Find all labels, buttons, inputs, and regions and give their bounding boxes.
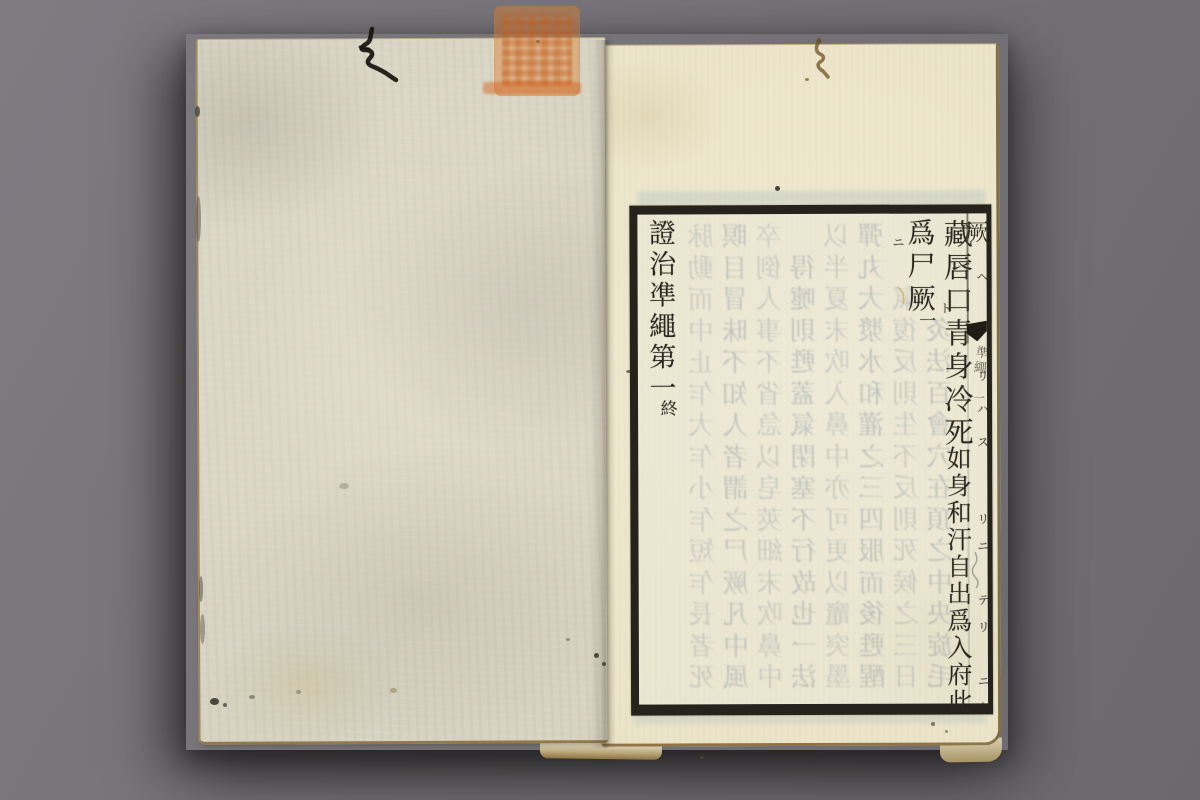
bleedthrough-glyph: 蓋 [787, 379, 819, 411]
bleedthrough-glyph: 之 [855, 442, 887, 474]
bleedthrough-glyph: 者 [719, 443, 751, 475]
bleedthrough-glyph: 昧 [719, 317, 751, 349]
banxin-strip: 厥 準繩 一 [966, 213, 988, 703]
bleedthrough-glyph: 甦 [787, 348, 819, 380]
bleedthrough-column-6: 彈丸大漿水和灌之三四服而後甦醒 [854, 222, 888, 695]
bleedthrough-glyph: 服 [855, 537, 887, 569]
bleedthrough-glyph: 而 [856, 568, 888, 600]
bleedthrough-glyph: 末 [821, 316, 853, 348]
bleedthrough-column-1: 脉動而中止乍大乍小乍短乍長者死 [684, 222, 718, 695]
bleedthrough-glyph: 人 [753, 285, 785, 317]
bleedthrough-glyph: 目 [719, 254, 751, 286]
bleedthrough-glyph: 法 [788, 663, 820, 695]
bleedthrough-glyph: 小 [685, 474, 717, 506]
bleedthrough-glyph: 漿 [855, 316, 887, 348]
bleedthrough-glyph: 不 [753, 348, 785, 380]
bleedthrough-glyph: 塞 [787, 474, 819, 506]
bleedthrough-glyph: 急 [753, 411, 785, 443]
text-frame: 厥 準繩 一 脉動而中止乍大乍小乍短乍長者死瞑目冒昧不知人者謂之尸厥凡中風卒倒人… [629, 204, 993, 715]
bleedthrough-glyph: 短 [685, 537, 717, 569]
bleedthrough-glyph: 中 [685, 317, 717, 349]
bleedthrough-glyph: 末 [754, 569, 786, 601]
kunten-mark: ニ [892, 237, 904, 249]
speck [805, 78, 809, 81]
bleedthrough-glyph: 行 [787, 537, 819, 569]
speck [931, 722, 935, 726]
speck [223, 703, 227, 707]
bleedthrough-band-top [637, 190, 985, 204]
bleedthrough-glyph: 得 [787, 253, 819, 285]
photo-background: 厥 準繩 一 脉動而中止乍大乍小乍短乍長者死瞑目冒昧不知人者謂之尸厥凡中風卒倒人… [0, 0, 1200, 800]
speck [195, 106, 200, 117]
bleedthrough-glyph: 中 [821, 442, 853, 474]
speck [602, 662, 606, 666]
speck [945, 730, 948, 733]
bleedthrough-glyph: 以 [753, 443, 785, 475]
bleedthrough-glyph: 死 [686, 663, 718, 695]
bleedthrough-glyph: 厥 [720, 569, 752, 601]
banxin-title: 準繩 [968, 344, 988, 376]
bleedthrough-glyph: 反 [889, 348, 921, 380]
printed-glyph: 尸 [904, 250, 938, 283]
bleedthrough-glyph: 也 [788, 600, 820, 632]
printed-glyph: 爲ニ [904, 217, 938, 250]
bleedthrough-glyph: 嚏 [787, 285, 819, 317]
bleedthrough-glyph: 不 [719, 348, 751, 380]
bleedthrough-glyph: 鼻 [821, 411, 853, 443]
speck [339, 483, 349, 489]
speck [594, 653, 599, 658]
bleedthrough-glyph: 竈 [822, 600, 854, 632]
bleedthrough-glyph: 乍 [685, 443, 717, 475]
bleedthrough-glyph: 三 [890, 631, 922, 663]
bleedthrough-glyph: 不 [787, 505, 819, 537]
bleedthrough-glyph: 細 [753, 537, 785, 569]
bleedthrough-glyph: 和 [855, 379, 887, 411]
bleedthrough-glyph: 之 [719, 506, 751, 538]
seal-stamp-band [483, 82, 581, 94]
left-page [195, 37, 608, 745]
bleedthrough-glyph: 反 [889, 474, 921, 506]
printed-glyph: 治 [645, 249, 679, 280]
bleedthrough-glyph: 不 [889, 442, 921, 474]
bleedthrough-glyph: 而 [685, 285, 717, 317]
bleedthrough-glyph: 乍 [685, 506, 717, 538]
kunten-mark: 九 [978, 702, 990, 714]
bleedthrough-glyph: 後 [856, 600, 888, 632]
bleedthrough-glyph: 動 [685, 254, 717, 286]
bleedthrough-glyph: 氣 [787, 411, 819, 443]
bleedthrough-glyph: 止 [685, 348, 717, 380]
bleedthrough-glyph: 吹 [754, 600, 786, 632]
bleedthrough-glyph: 故 [788, 568, 820, 600]
bleedthrough-glyph: 亦 [821, 474, 853, 506]
right-page: 厥 準繩 一 脉動而中止乍大乍小乍短乍長者死瞑目冒昧不知人者謂之尸厥凡中風卒倒人… [599, 43, 1001, 746]
bleedthrough-glyph: 日 [890, 663, 922, 695]
speck [196, 196, 201, 242]
bleedthrough-glyph: 灌 [855, 411, 887, 443]
banxin-catchword: 厥 [966, 214, 988, 247]
bleedthrough-glyph: 莢 [753, 506, 785, 538]
speck [536, 40, 540, 43]
bleedthrough-column-5: 以半夏末吹入鼻中亦可更以竈突墨 [820, 222, 854, 695]
bleedthrough-glyph: 入 [821, 379, 853, 411]
bleedthrough-glyph: 可 [821, 505, 853, 537]
text-column-col-2: 爲ニ尸厥ト一 [904, 217, 938, 341]
bleedthrough-glyph: 之 [890, 600, 922, 632]
printed-glyph: 終 [652, 398, 686, 421]
bleedthrough-glyph: 一 [788, 631, 820, 663]
bleedthrough-column-3: 卒倒人事不省急以皂莢細末吹鼻中 [752, 222, 786, 695]
bleedthrough-glyph: 事 [753, 317, 785, 349]
bleedthrough-glyph: 夏 [821, 285, 853, 317]
printed-glyph: 凖 [646, 280, 680, 311]
fishtail-icon [966, 320, 988, 341]
seal-stamp-pattern [502, 14, 572, 86]
bleedthrough-glyph: 謂 [719, 474, 751, 506]
bleedthrough-glyph: 長 [686, 600, 718, 632]
bleedthrough-glyph: 大 [685, 411, 717, 443]
bleedthrough-column-2: 瞑目冒昧不知人者謂之尸厥凡中風 [718, 222, 752, 695]
printed-glyph: 繩 [646, 311, 680, 342]
speck [296, 690, 301, 694]
speck [200, 614, 205, 644]
bleedthrough-glyph: 醒 [856, 663, 888, 695]
bleedthrough-glyph: 脉 [684, 222, 716, 254]
bleedthrough-glyph: 者 [686, 632, 718, 664]
bleedthrough-glyph: 瞑 [718, 222, 750, 254]
bleedthrough-glyph: 人 [719, 411, 751, 443]
bleedthrough-glyph: 死 [889, 537, 921, 569]
printed-glyph: 一 [911, 309, 945, 334]
bleedthrough-glyph: 則 [787, 316, 819, 348]
speck [199, 576, 203, 602]
bleedthrough-glyph: 生 [889, 411, 921, 443]
bleedthrough-glyph: 則 [889, 505, 921, 537]
bleedthrough-glyph: 皂 [753, 474, 785, 506]
bleedthrough-glyph: 甦 [856, 631, 888, 663]
bleedthrough-glyph: 更 [821, 537, 853, 569]
bleedthrough-glyph: 知 [719, 380, 751, 412]
bleedthrough-glyph: 閉 [787, 442, 819, 474]
bleedthrough-glyph: 大 [855, 285, 887, 317]
bleedthrough-glyph: 候 [890, 568, 922, 600]
bleedthrough-glyph: 省 [753, 380, 785, 412]
printed-glyph: 第 [646, 342, 680, 373]
bleedthrough-glyph: 乍 [686, 569, 718, 601]
bleedthrough-glyph: 突 [822, 631, 854, 663]
bleedthrough-column-4: 得嚏則甦蓋氣閉塞不行故也一法 [786, 222, 820, 695]
bleedthrough-glyph: 水 [855, 348, 887, 380]
speck [775, 186, 780, 191]
speck [626, 370, 632, 373]
bleedthrough-glyph: 風 [720, 663, 752, 695]
bleedthrough-glyph [786, 222, 818, 254]
bleedthrough-glyph: 四 [855, 505, 887, 537]
banxin-divider-line [966, 213, 970, 703]
speck [390, 688, 397, 693]
bleedthrough-glyph: 冒 [719, 285, 751, 317]
bleedthrough-glyph: 吹 [821, 348, 853, 380]
bleedthrough-glyph: 尸 [719, 537, 751, 569]
bleedthrough-glyph: 凡 [720, 600, 752, 632]
bleedthrough-glyph: 中 [720, 632, 752, 664]
speck [210, 698, 219, 705]
bleedthrough-glyph: 以 [822, 568, 854, 600]
bleedthrough-glyph: 三 [855, 474, 887, 506]
bleedthrough-glyph: 以 [820, 222, 852, 254]
bleedthrough-glyph: 乍 [685, 380, 717, 412]
text-column-end-column: 證治凖繩第一終 [645, 218, 680, 427]
bleedthrough-glyph: 半 [821, 253, 853, 285]
speck [566, 638, 570, 641]
speck [249, 695, 255, 699]
bleedthrough-glyph: 倒 [753, 254, 785, 286]
printed-glyph: 證 [645, 218, 679, 249]
speck [700, 756, 704, 759]
bleedthrough-glyph: 中 [754, 663, 786, 695]
bleedthrough-glyph: 鼻 [754, 632, 786, 664]
bleedthrough-glyph: 則 [889, 379, 921, 411]
bleedthrough-glyph: 墨 [822, 663, 854, 695]
banxin-juan-number: 一 [973, 389, 985, 406]
